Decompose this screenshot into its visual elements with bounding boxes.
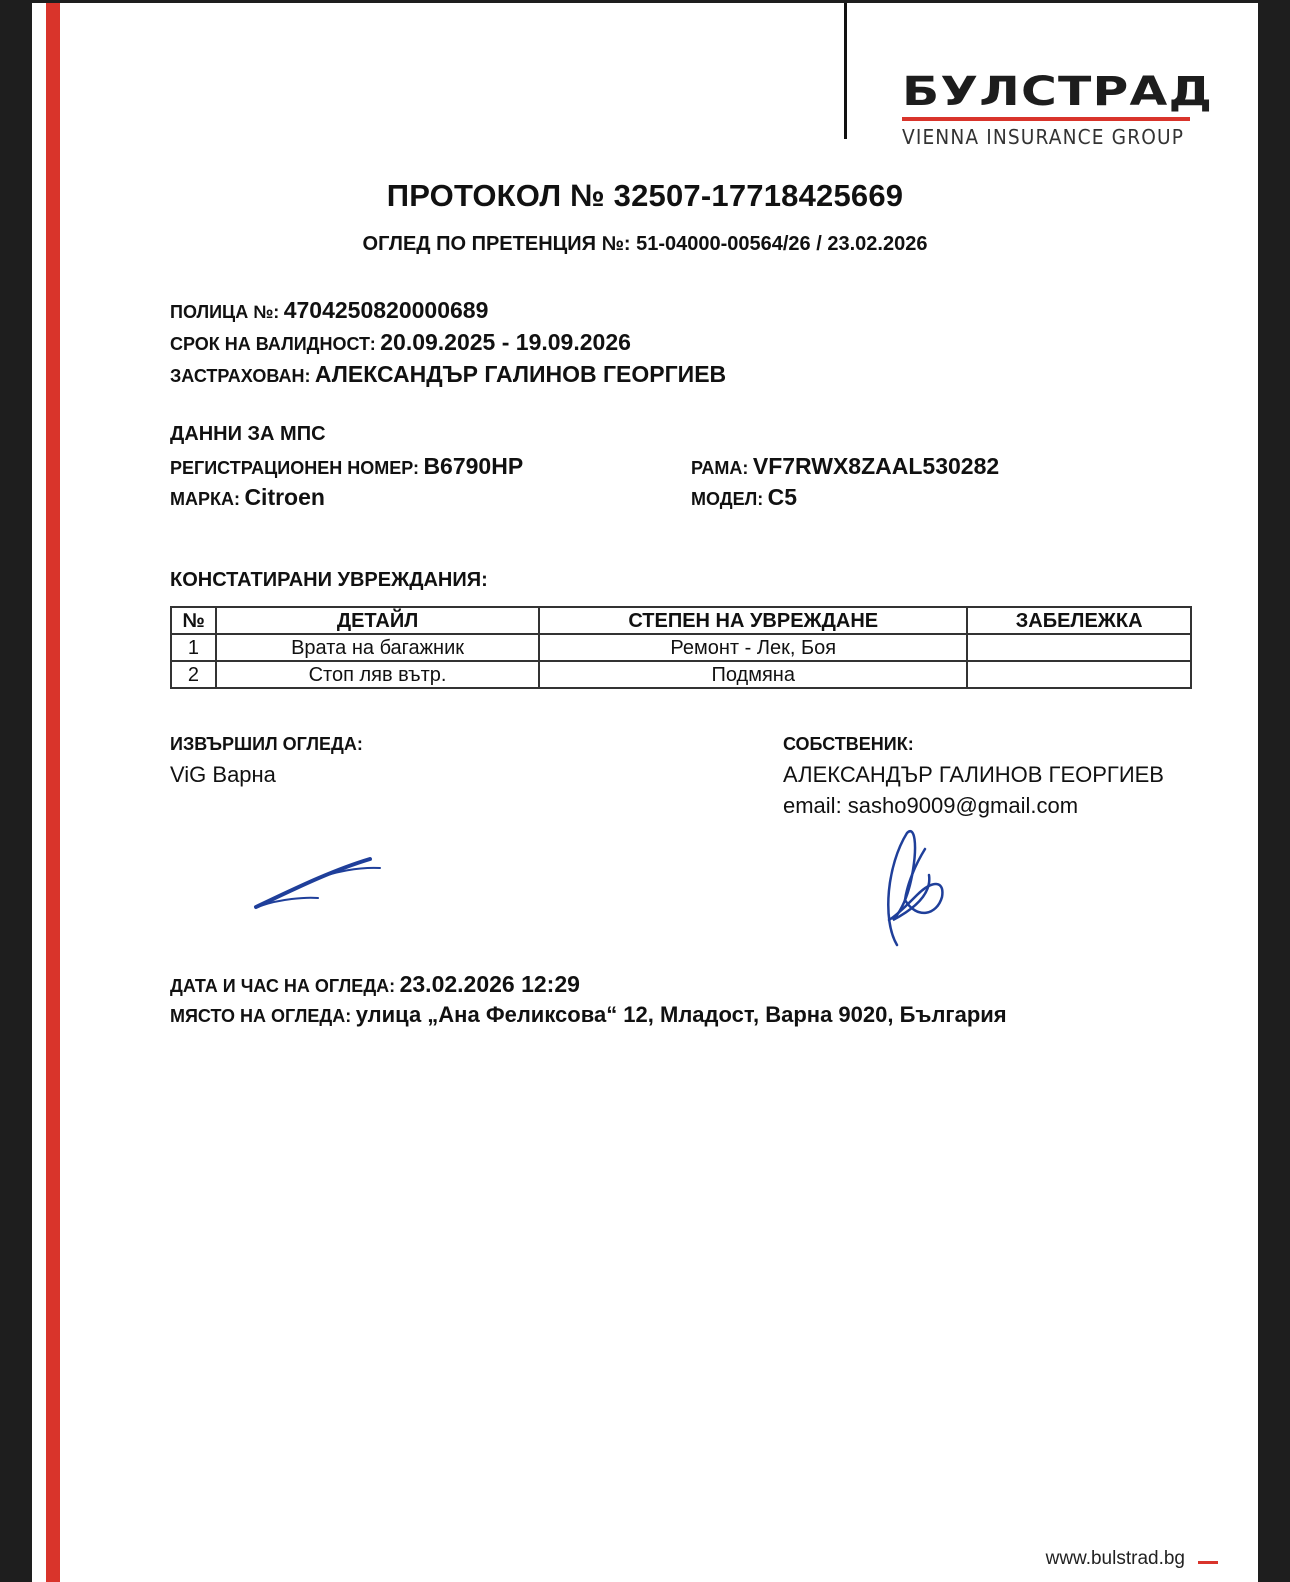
logo-divider [844, 3, 847, 139]
inspector-name: ViG Варна [170, 762, 276, 788]
logo-red-bar [902, 117, 1190, 121]
vehicle-section-title: ДАННИ ЗА МПС [170, 423, 326, 446]
inspection-datetime-value: 23.02.2026 12:29 [400, 971, 580, 997]
owner-label: СОБСТВЕНИК: [783, 734, 914, 755]
reg-number-line: РЕГИСТРАЦИОНЕН НОМЕР: В6790НР [170, 453, 523, 480]
protocol-page: БУЛСТРАД VIENNA INSURANCE GROUP ПРОТОКОЛ… [32, 3, 1258, 1582]
col-header-note: ЗАБЕЛЕЖКА [967, 607, 1191, 634]
inspection-place-value: улица „Ана Феликсова“ 12, Младост, Варна… [356, 1002, 1007, 1027]
make-label: МАРКА: [170, 489, 240, 509]
vin-value: VF7RWX8ZAAL530282 [753, 453, 999, 479]
model-value: C5 [768, 484, 797, 510]
inspection-datetime-label: ДАТА И ЧАС НА ОГЛЕДА: [170, 976, 395, 996]
insured-line: ЗАСТРАХОВАН: АЛЕКСАНДЪР ГАЛИНОВ ГЕОРГИЕВ [170, 361, 726, 388]
reg-number-label: РЕГИСТРАЦИОНЕН НОМЕР: [170, 458, 419, 478]
model-label: МОДЕЛ: [691, 489, 763, 509]
model-line: МОДЕЛ: C5 [691, 484, 797, 511]
col-header-detail: ДЕТАЙЛ [216, 607, 539, 634]
vin-line: РАМА: VF7RWX8ZAAL530282 [691, 453, 999, 480]
make-value: Citroen [244, 484, 325, 510]
table-row: 2 Стоп ляв вътр. Подмяна [171, 661, 1191, 688]
cell-detail: Стоп ляв вътр. [216, 661, 539, 688]
owner-signature [877, 825, 967, 955]
cell-no: 1 [171, 634, 216, 661]
inspection-place-line: МЯСТО НА ОГЛЕДА: улица „Ана Феликсова“ 1… [170, 1002, 1007, 1028]
cell-note [967, 661, 1191, 688]
cell-degree: Подмяна [539, 661, 967, 688]
validity-label: СРОК НА ВАЛИДНОСТ: [170, 334, 376, 354]
logo-wordmark: БУЛСТРАД [902, 73, 1256, 111]
cell-degree: Ремонт - Лек, Боя [539, 634, 967, 661]
logo-subtitle: VIENNA INSURANCE GROUP [902, 125, 1172, 149]
claim-subtitle: ОГЛЕД ПО ПРЕТЕНЦИЯ №: 51-04000-00564/26 … [32, 233, 1258, 256]
policy-number-line: ПОЛИЦА №: 4704250820000689 [170, 297, 488, 324]
vin-label: РАМА: [691, 458, 748, 478]
insured-label: ЗАСТРАХОВАН: [170, 366, 310, 386]
owner-name: АЛЕКСАНДЪР ГАЛИНОВ ГЕОРГИЕВ [783, 762, 1164, 788]
inspection-place-label: МЯСТО НА ОГЛЕДА: [170, 1006, 351, 1026]
inspector-label: ИЗВЪРШИЛ ОГЛЕДА: [170, 734, 363, 755]
inspection-datetime-line: ДАТА И ЧАС НА ОГЛЕДА: 23.02.2026 12:29 [170, 971, 580, 998]
reg-number-value: В6790НР [423, 453, 523, 479]
validity-line: СРОК НА ВАЛИДНОСТ: 20.09.2025 - 19.09.20… [170, 329, 631, 356]
protocol-title: ПРОТОКОЛ № 32507-17718425669 [32, 178, 1258, 214]
damages-header-row: № ДЕТАЙЛ СТЕПЕН НА УВРЕЖДАНЕ ЗАБЕЛЕЖКА [171, 607, 1191, 634]
col-header-degree: СТЕПЕН НА УВРЕЖДАНЕ [539, 607, 967, 634]
table-row: 1 Врата на багажник Ремонт - Лек, Боя [171, 634, 1191, 661]
policy-number-label: ПОЛИЦА №: [170, 302, 279, 322]
footer-red-dash [1198, 1561, 1218, 1564]
validity-value: 20.09.2025 - 19.09.2026 [380, 329, 631, 355]
make-line: МАРКА: Citroen [170, 484, 325, 511]
owner-email: email: sasho9009@gmail.com [783, 793, 1078, 819]
website-link[interactable]: www.bulstrad.bg [1046, 1548, 1185, 1570]
policy-number-value: 4704250820000689 [284, 297, 489, 323]
cell-note [967, 634, 1191, 661]
damages-section-title: КОНСТАТИРАНИ УВРЕЖДАНИЯ: [170, 569, 488, 592]
col-header-no: № [171, 607, 216, 634]
inspector-signature [250, 853, 390, 918]
damages-table: № ДЕТАЙЛ СТЕПЕН НА УВРЕЖДАНЕ ЗАБЕЛЕЖКА 1… [170, 606, 1192, 689]
insured-value: АЛЕКСАНДЪР ГАЛИНОВ ГЕОРГИЕВ [315, 361, 726, 387]
cell-detail: Врата на багажник [216, 634, 539, 661]
cell-no: 2 [171, 661, 216, 688]
bulstrad-logo: БУЛСТРАД VIENNA INSURANCE GROUP [902, 73, 1192, 149]
